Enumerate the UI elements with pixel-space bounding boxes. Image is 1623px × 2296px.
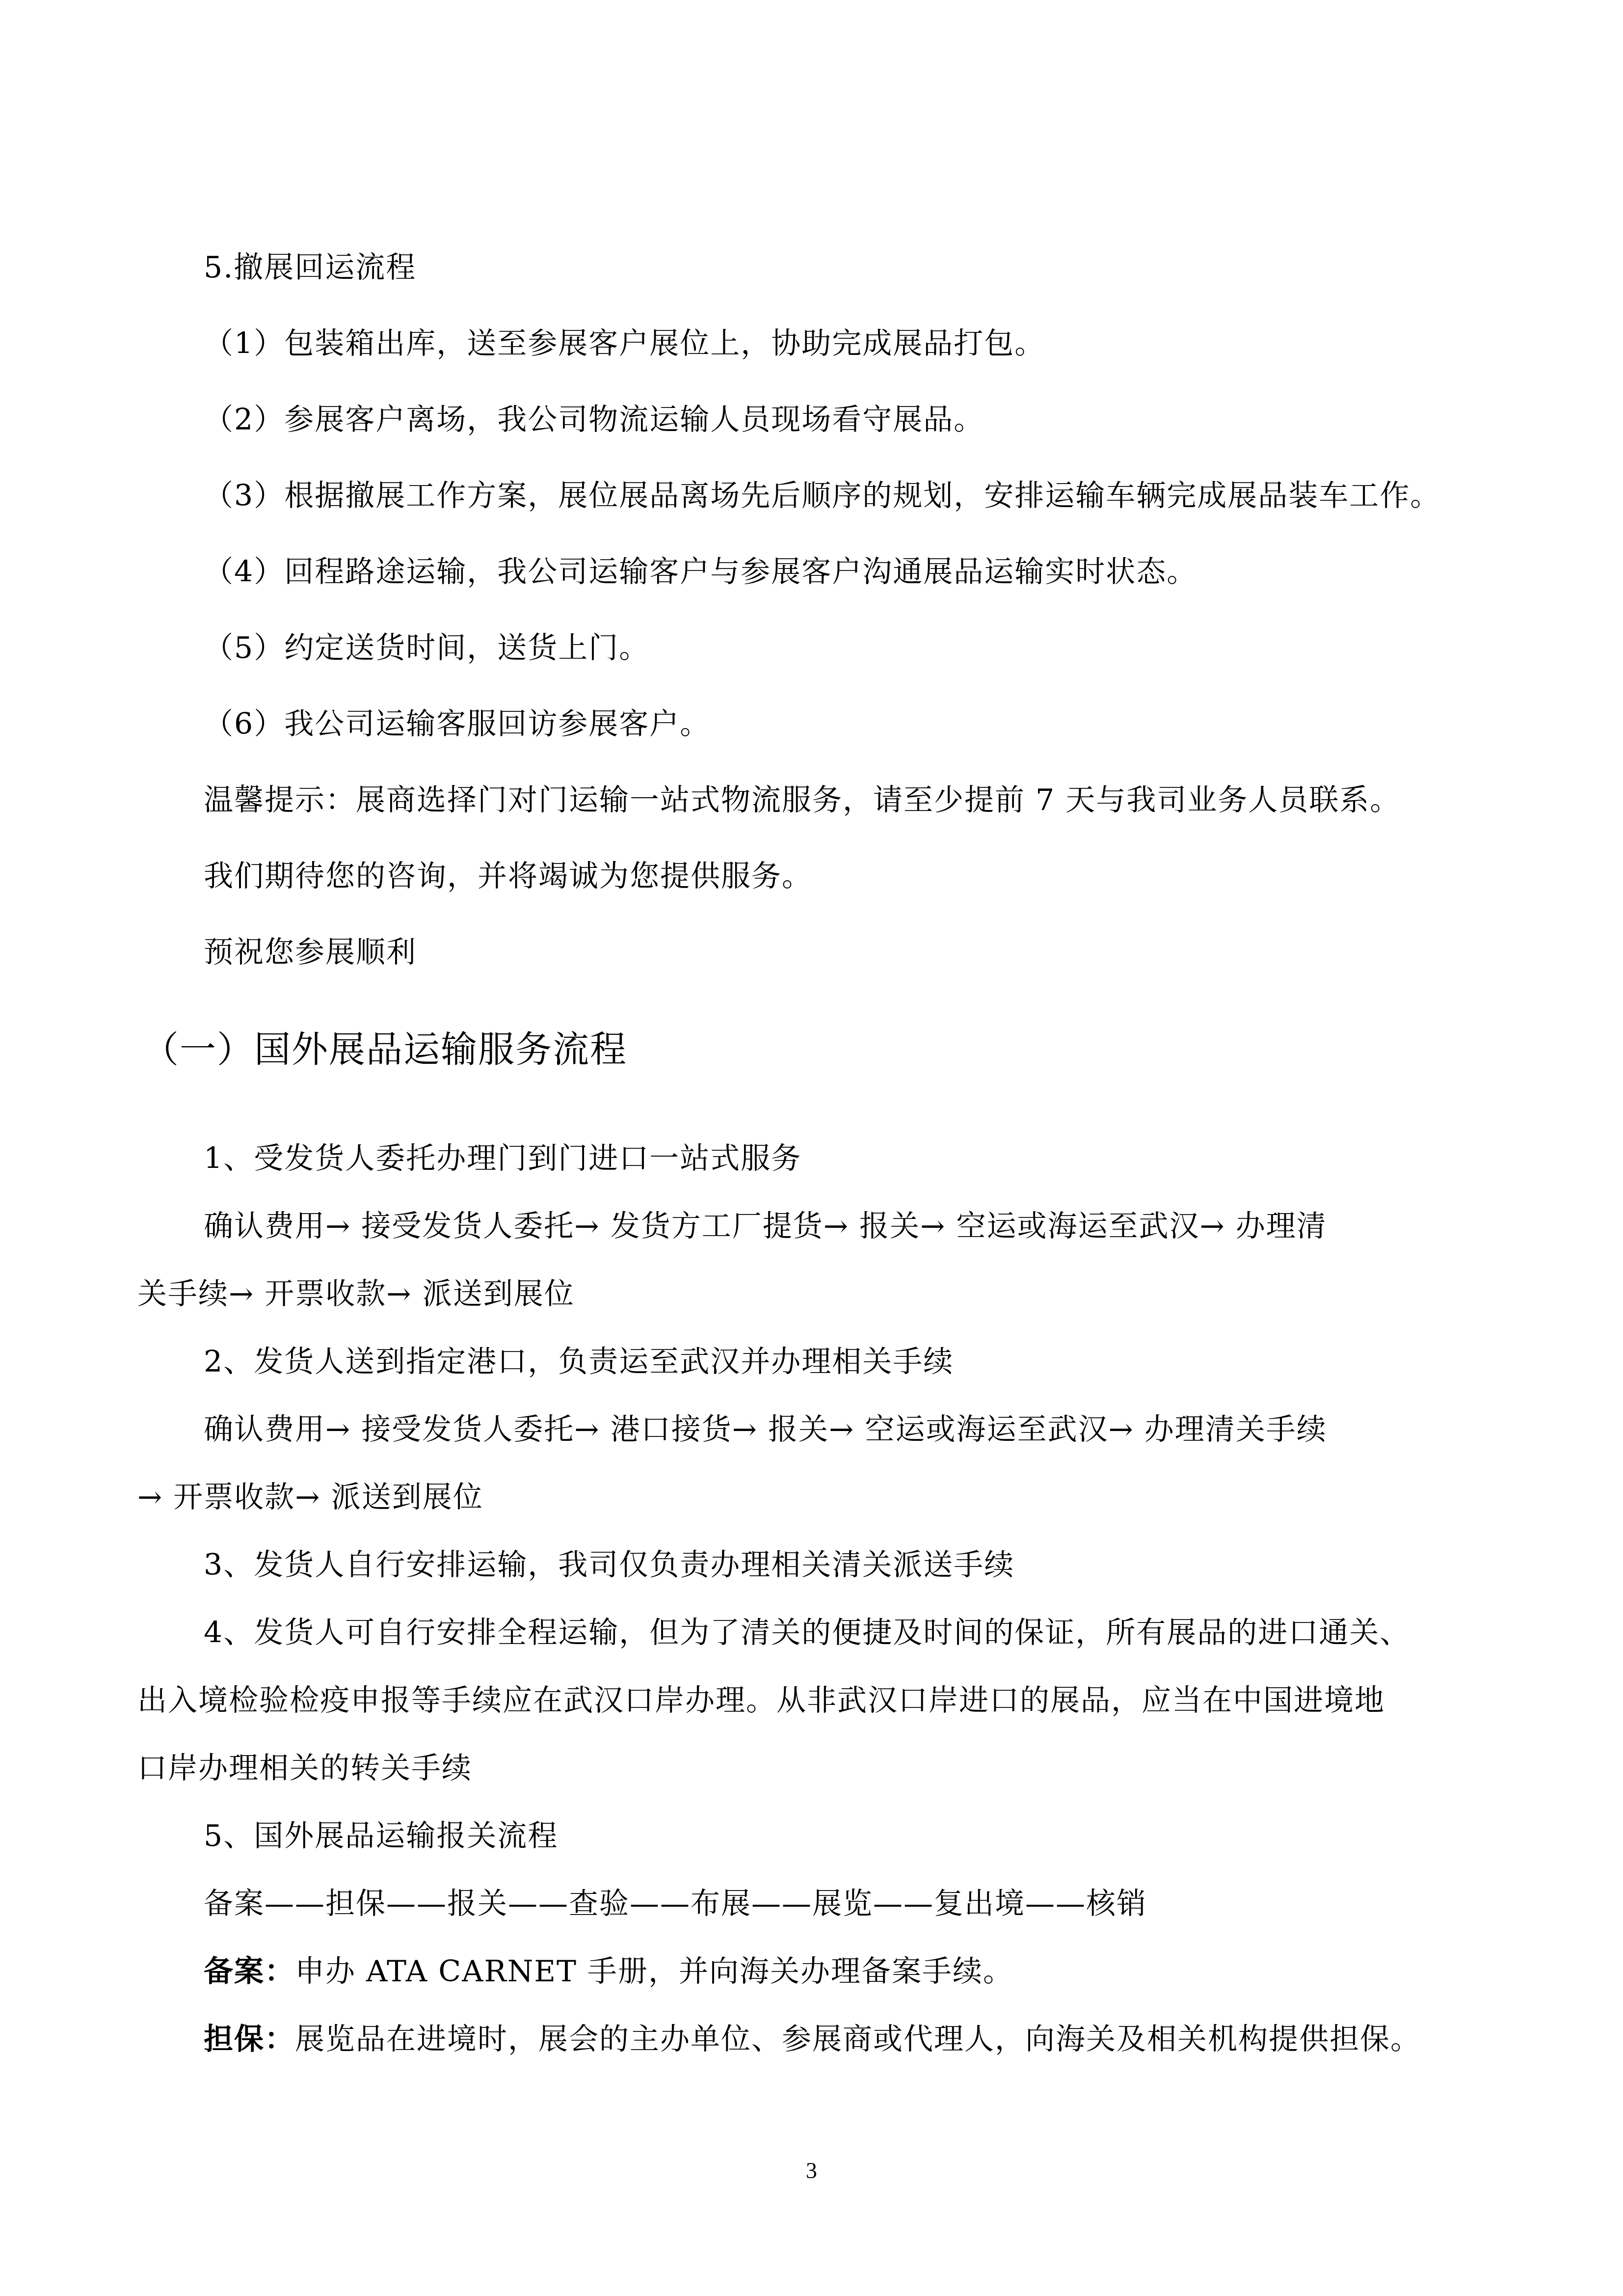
closing-wishes: 预祝您参展顺利 [204, 933, 417, 972]
definition-filing: 备案：申办 ATA CARNET 手册，并向海关办理备案手续。 [204, 1952, 1013, 1991]
item2-title: 2、发货人送到指定港口，负责运至武汉并办理相关手续 [204, 1342, 954, 1381]
withdrawal-step-1: （1）包装箱出库，送至参展客户展位上，协助完成展品打包。 [204, 324, 1045, 363]
item4-line3: 口岸办理相关的转关手续 [137, 1749, 472, 1788]
item4-line2: 出入境检验检疫申报等手续应在武汉口岸办理。从非武汉口岸进口的展品，应当在中国进境… [137, 1681, 1385, 1720]
item4-line1: 4、发货人可自行安排全程运输，但为了清关的便捷及时间的保证，所有展品的进口通关、 [204, 1613, 1410, 1652]
section-title-withdrawal-return: 5.撤展回运流程 [204, 248, 416, 287]
definition-guarantee-term: 担保： [204, 2022, 295, 2056]
item1-flow-line1: 确认费用→ 接受发货人委托→ 发货方工厂提货→ 报关→ 空运或海运至武汉→ 办理… [204, 1207, 1327, 1246]
definition-filing-text: 申办 ATA CARNET 手册，并向海关办理备案手续。 [295, 1954, 1013, 1989]
closing-consultation: 我们期待您的咨询，并将竭诚为您提供服务。 [204, 857, 812, 896]
definition-filing-term: 备案： [204, 1954, 295, 1989]
definition-guarantee: 担保：展览品在进境时，展会的主办单位、参展商或代理人，向海关及相关机构提供担保。 [204, 2020, 1421, 2059]
page-number: 3 [0, 2158, 1623, 2184]
item5-title: 5、国外展品运输报关流程 [204, 1816, 558, 1856]
item2-flow-line1: 确认费用→ 接受发货人委托→ 港口接货→ 报关→ 空运或海运至武汉→ 办理清关手… [204, 1410, 1327, 1449]
item1-title: 1、受发货人委托办理门到门进口一站式服务 [204, 1139, 801, 1178]
withdrawal-step-4: （4）回程路途运输，我公司运输客户与参展客户沟通展品运输实时状态。 [204, 552, 1197, 592]
withdrawal-step-3: （3）根据撤展工作方案，展位展品离场先后顺序的规划，安排运输车辆完成展品装车工作… [204, 476, 1440, 515]
foreign-exhibits-heading: （一）国外展品运输服务流程 [142, 1026, 627, 1073]
item2-flow-line2: → 开票收款→ 派送到展位 [137, 1478, 483, 1517]
item1-flow-line2: 关手续→ 开票收款→ 派送到展位 [137, 1274, 575, 1314]
item3-title: 3、发货人自行安排运输，我司仅负责办理相关清关派送手续 [204, 1545, 1014, 1585]
friendly-tip: 温馨提示：展商选择门对门运输一站式物流服务，请至少提前 7 天与我司业务人员联系… [204, 781, 1400, 820]
withdrawal-step-6: （6）我公司运输客服回访参展客户。 [204, 704, 710, 744]
definition-guarantee-text: 展览品在进境时，展会的主办单位、参展商或代理人，向海关及相关机构提供担保。 [295, 2022, 1421, 2056]
withdrawal-step-2: （2）参展客户离场，我公司物流运输人员现场看守展品。 [204, 400, 984, 439]
customs-flow: 备案——担保——报关——查验——布展——展览——复出境——核销 [204, 1884, 1147, 1923]
withdrawal-step-5: （5）约定送货时间，送货上门。 [204, 628, 649, 668]
